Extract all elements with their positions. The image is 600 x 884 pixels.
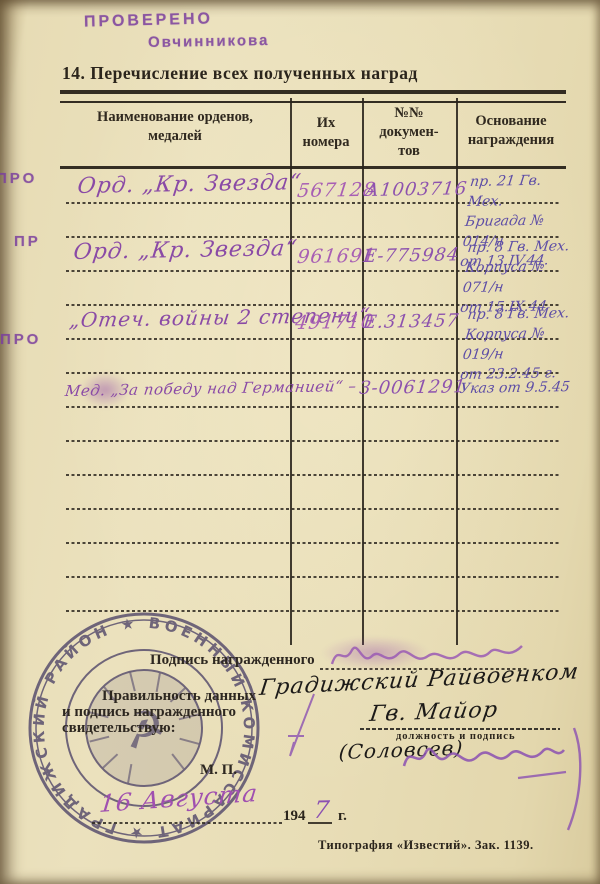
stray-pen-mark: [280, 690, 320, 770]
verified-stamp-line2: Овчинникова: [148, 32, 270, 51]
header-bottom-border: [60, 166, 566, 169]
margin-stamp-3: ПРО: [0, 331, 41, 348]
award-2-name: Орд. „Кр. Звезда“: [72, 236, 299, 265]
ruled-line: [66, 508, 560, 510]
commissar-rank-handwriting: Гв. Майор: [368, 698, 500, 727]
award-3-doc: Е.313457: [362, 310, 460, 333]
document-scan: ПРОВЕРЕНО Овчинникова 14. Перечисление в…: [0, 0, 600, 884]
year-digit-handwriting: 7: [312, 796, 332, 824]
award-2-doc: Е-775984: [362, 244, 461, 267]
margin-stamp-2: ПР: [14, 233, 41, 250]
award-3-basis: пр. 8 Гв. Мех. Корпуса № 019/н от 23.2.4…: [459, 303, 575, 385]
mp-seal-label: М. П.: [200, 762, 237, 779]
printer-imprint: Типография «Известий». Зак. 1139.: [318, 838, 534, 853]
certify-label-line3: свидетельствую:: [62, 720, 176, 737]
section-title: 14. Перечисление всех полученных наград: [62, 63, 418, 84]
header-basis: Основание награждения: [458, 112, 564, 150]
ruled-line: [66, 542, 560, 544]
year-suffix: г.: [338, 808, 347, 825]
header-doc: №№ докумен- тов: [364, 104, 454, 161]
table-top-border: [60, 90, 566, 103]
year-underline: [308, 822, 332, 824]
ruled-line: [66, 576, 560, 578]
ruled-line: [66, 474, 560, 476]
award-1-name: Орд. „Кр. Звезда“: [76, 170, 303, 199]
award-4-basis: Указ от 9.5.45: [459, 379, 571, 397]
header-number: Их номера: [292, 114, 360, 152]
certify-label-line1: Правильность данных: [102, 688, 256, 705]
date-line: [92, 822, 282, 824]
ruled-line: [66, 440, 560, 442]
ruled-line: [66, 406, 560, 408]
awardee-signature-label: Подпись награжденного: [150, 652, 315, 669]
margin-stamp-1: ПРО: [0, 170, 37, 187]
verified-stamp-line1: ПРОВЕРЕНО: [84, 10, 213, 31]
header-name: Наименование орденов, медалей: [62, 108, 288, 146]
award-1-doc: А1003716: [364, 178, 469, 201]
certify-label-line2: и подпись награжденного: [62, 704, 236, 721]
countersignature: [398, 726, 588, 836]
award-4-doc: З-0061291: [358, 376, 467, 399]
year-printed: 194: [283, 808, 306, 825]
